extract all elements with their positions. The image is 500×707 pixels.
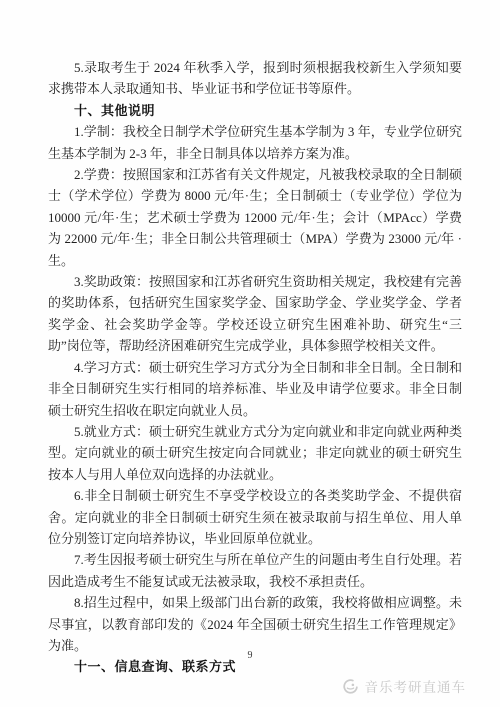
- paragraph-employer-disputes: 7.考生因报考硕士研究生与所在单位产生的问题由考生自行处理。若因此造成考生不能复…: [48, 549, 462, 592]
- paragraph-policy-changes: 8.招生过程中，如果上级部门出台新的政策，我校将做相应调整。未尽事宜，以教育部印…: [48, 592, 462, 656]
- section-heading-other-notes: 十、其他说明: [48, 100, 462, 121]
- watermark: 音乐考研直通车: [341, 676, 467, 696]
- page-number: 9: [0, 650, 500, 661]
- paragraph-scholarship-policy: 3.奖助政策：按照国家和江苏省研究生资助相关规定，我校建有完善的奖助体系，包括研…: [48, 271, 462, 357]
- paragraph-parttime-terms: 6.非全日制硕士研究生不享受学校设立的各类奖助学金、不提供宿舍。定向就业的非全日…: [48, 485, 462, 549]
- watermark-text: 音乐考研直通车: [365, 676, 467, 696]
- brand-logo-icon: [341, 677, 360, 696]
- document-page: 5.录取考生于 2024 年秋季入学，报到时须根据我校新生入学须知要求携带本人录…: [0, 0, 500, 707]
- paragraph-admission-enrollment: 5.录取考生于 2024 年秋季入学，报到时须根据我校新生入学须知要求携带本人录…: [48, 57, 462, 100]
- document-body: 5.录取考生于 2024 年秋季入学，报到时须根据我校新生入学须知要求携带本人录…: [48, 57, 462, 678]
- paragraph-employment-mode: 5.就业方式：硕士研究生就业方式分为定向就业和非定向就业两种类型。定向就业的硕士…: [48, 421, 462, 485]
- paragraph-tuition-fees: 2.学费：按照国家和江苏省有关文件规定，凡被我校录取的全日制硕士（学术学位）学费…: [48, 164, 462, 271]
- paragraph-study-length: 1.学制：我校全日制学术学位研究生基本学制为 3 年，专业学位研究生基本学制为 …: [48, 121, 462, 164]
- paragraph-study-mode: 4.学习方式：硕士研究生学习方式分为全日制和非全日制。全日制和非全日制研究生实行…: [48, 357, 462, 421]
